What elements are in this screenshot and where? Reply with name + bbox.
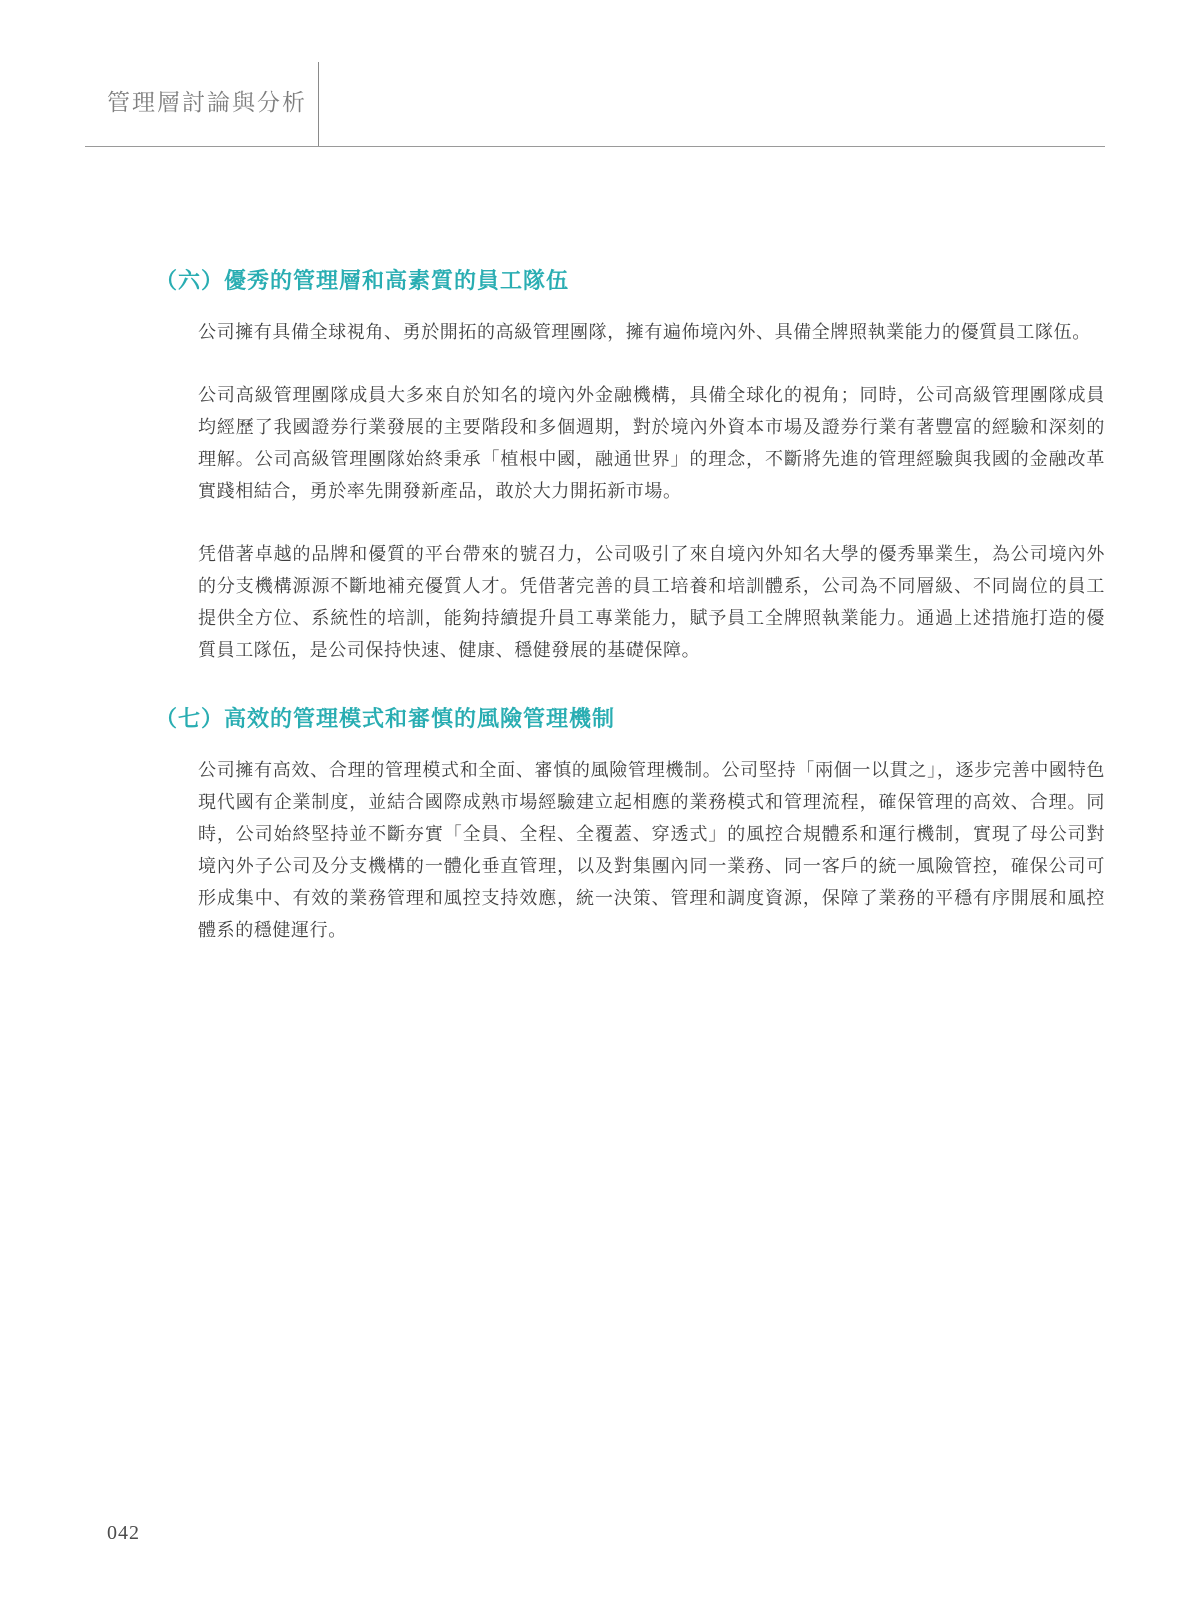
section-7: （七）高效的管理模式和審慎的風險管理機制 公司擁有高效、合理的管理模式和全面、審… [155,704,1105,946]
section-7-heading: （七）高效的管理模式和審慎的風險管理機制 [155,704,1105,734]
page-content: （六）優秀的管理層和高素質的員工隊伍 公司擁有具備全球視角、勇於開拓的高級管理團… [155,266,1105,946]
header-vertical-divider [318,62,319,147]
header-horizontal-rule [85,146,1105,147]
page-number: 042 [107,1522,140,1545]
document-page: 管理層討論與分析 （六）優秀的管理層和高素質的員工隊伍 公司擁有具備全球視角、勇… [0,0,1190,1615]
section-6: （六）優秀的管理層和高素質的員工隊伍 公司擁有具備全球視角、勇於開拓的高級管理團… [155,266,1105,666]
section-6-paragraph-3: 凭借著卓越的品牌和優質的平台帶來的號召力，公司吸引了來自境內外知名大學的優秀畢業… [198,538,1105,666]
section-6-paragraph-1: 公司擁有具備全球視角、勇於開拓的高級管理團隊，擁有遍佈境內外、具備全牌照執業能力… [198,316,1105,348]
section-7-paragraph-1: 公司擁有高效、合理的管理模式和全面、審慎的風險管理機制。公司堅持「兩個一以貫之」… [198,754,1105,946]
running-header-title: 管理層討論與分析 [107,84,307,117]
section-6-paragraph-2: 公司高級管理團隊成員大多來自於知名的境內外金融機構，具備全球化的視角；同時，公司… [198,379,1105,507]
section-6-heading: （六）優秀的管理層和高素質的員工隊伍 [155,266,1105,296]
